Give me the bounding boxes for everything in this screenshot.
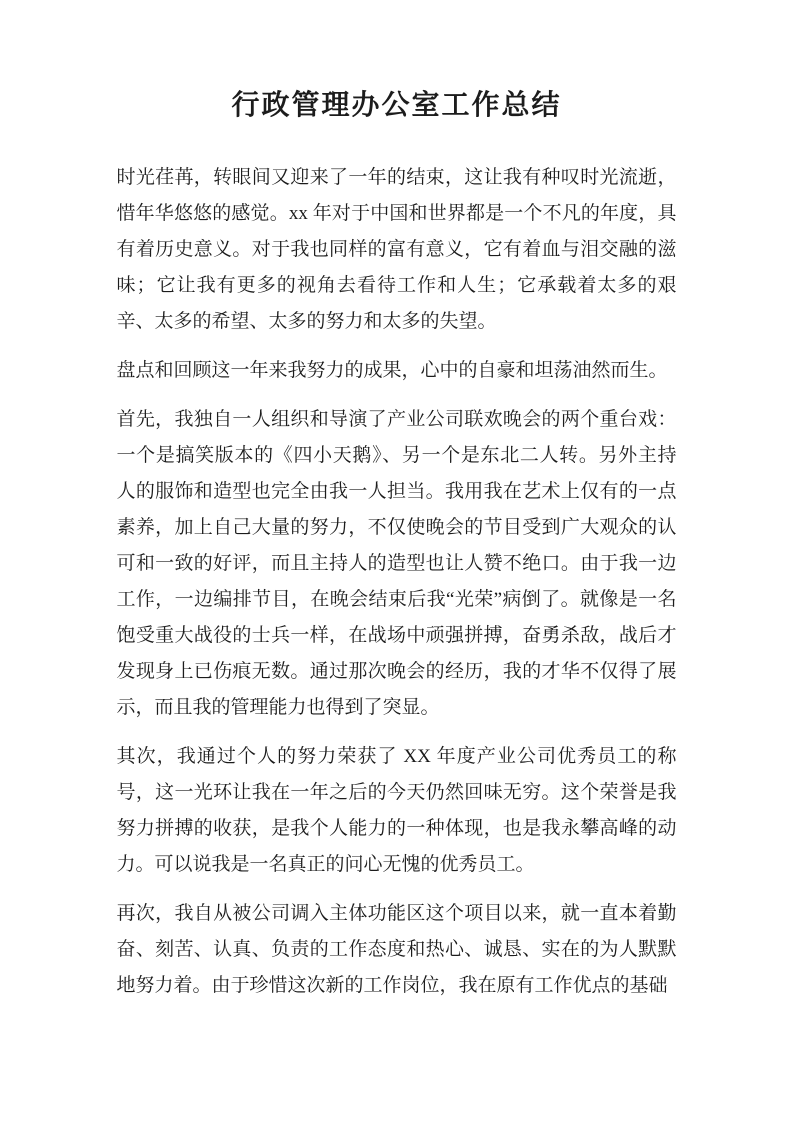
body-paragraph: 首先，我独自一人组织和导演了产业公司联欢晚会的两个重台戏：一个是搞笑版本的《四小… xyxy=(117,402,677,726)
body-paragraph: 再次，我自从被公司调入主体功能区这个项目以来，就一直本着勤奋、刻苦、认真、负责的… xyxy=(117,896,677,1004)
body-paragraph: 时光荏苒，转眼间又迎来了一年的结束，这让我有种叹时光流逝，惜年华悠悠的感觉。xx… xyxy=(117,160,677,340)
document-body: 时光荏苒，转眼间又迎来了一年的结束，这让我有种叹时光流逝，惜年华悠悠的感觉。xx… xyxy=(117,160,677,1004)
document-title: 行政管理办公室工作总结 xyxy=(117,86,677,126)
body-paragraph: 其次，我通过个人的努力荣获了 XX 年度产业公司优秀员工的称号，这一光环让我在一… xyxy=(117,739,677,883)
document-page: 行政管理办公室工作总结 时光荏苒，转眼间又迎来了一年的结束，这让我有种叹时光流逝… xyxy=(0,0,793,1122)
document-content: 行政管理办公室工作总结 时光荏苒，转眼间又迎来了一年的结束，这让我有种叹时光流逝… xyxy=(117,0,677,1004)
body-paragraph: 盘点和回顾这一年来我努力的成果，心中的自豪和坦荡油然而生。 xyxy=(117,353,677,389)
